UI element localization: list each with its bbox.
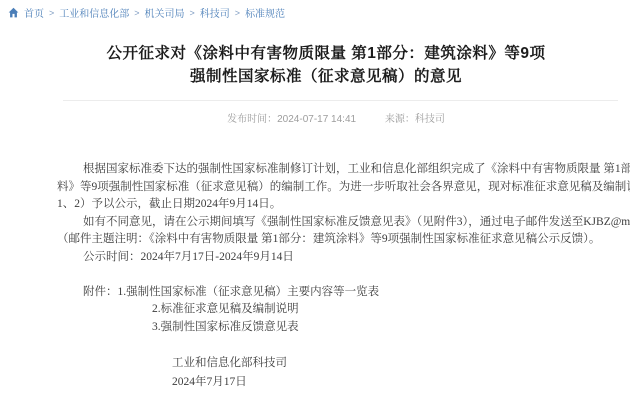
- breadcrumb-item-standards[interactable]: 标准规范: [245, 5, 285, 20]
- attachment-item-2: 2.标准征求意见稿及编制说明: [57, 301, 622, 319]
- home-icon[interactable]: [8, 7, 19, 18]
- breadcrumb-item-home[interactable]: 首页: [24, 5, 44, 20]
- attachment-item-1: 附件：1.强制性国家标准（征求意见稿）主要内容等一览表: [57, 284, 622, 302]
- page-title-line-2: 强制性国家标准（征求意见稿）的意见: [22, 65, 630, 88]
- paragraph-2-line-2: （邮件主题注明：《涂料中有害物质限量 第1部分：建筑涂料》等9项强制性国家标准征…: [57, 231, 622, 249]
- signature-department: 工业和信息化部科技司: [172, 354, 622, 374]
- page-title-line-1: 公开征求对《涂料中有害物质限量 第1部分：建筑涂料》等9项: [22, 42, 630, 65]
- paragraph-2-line-1: 如有不同意见，请在公示期间填写《强制性国家标准反馈意见表》（见附件3），通过电子…: [57, 214, 622, 232]
- article-meta: 发布时间：2024-07-17 14:41 来源：科技司: [0, 110, 630, 125]
- breadcrumb-separator: >: [190, 8, 195, 18]
- paragraph-1-line-2: 料》等9项强制性国家标准（征求意见稿）的编制工作。为进一步听取社会各界意见，现对…: [57, 179, 622, 197]
- page-title: 公开征求对《涂料中有害物质限量 第1部分：建筑涂料》等9项 强制性国家标准（征求…: [0, 42, 630, 88]
- breadcrumb-separator: >: [134, 8, 139, 18]
- breadcrumb-item-miit[interactable]: 工业和信息化部: [59, 5, 129, 20]
- attachment-item-3: 3.强制性国家标准反馈意见表: [57, 319, 622, 337]
- gov-article-page: { "page": { "accent_blue": "#4a7eb8", "b…: [0, 0, 630, 401]
- publish-time: 发布时间：2024-07-17 14:41: [227, 114, 356, 125]
- attachments-list: 附件：1.强制性国家标准（征求意见稿）主要内容等一览表 2.标准征求意见稿及编制…: [57, 284, 622, 337]
- breadcrumb-item-departments[interactable]: 机关司局: [145, 5, 185, 20]
- article-body: 根据国家标准委下达的强制性国家标准制修订计划，工业和信息化部组织完成了《涂料中有…: [57, 161, 622, 393]
- breadcrumb-item-tech-bureau[interactable]: 科技司: [200, 5, 230, 20]
- signature-block: 工业和信息化部科技司 2024年7月17日: [57, 354, 622, 393]
- breadcrumb-separator: >: [235, 8, 240, 18]
- paragraph-1-line-3: 1、2）予以公示，截止日期2024年9月14日。: [57, 196, 622, 214]
- public-notice-period: 公示时间：2024年7月17日-2024年9月14日: [57, 249, 622, 267]
- source: 来源：科技司: [385, 114, 445, 125]
- signature-date: 2024年7月17日: [172, 373, 622, 393]
- breadcrumb: 首页 > 工业和信息化部 > 机关司局 > 科技司 > 标准规范: [8, 5, 285, 20]
- paragraph-1-line-1: 根据国家标准委下达的强制性国家标准制修订计划，工业和信息化部组织完成了《涂料中有…: [57, 161, 622, 179]
- title-divider: [63, 100, 618, 101]
- breadcrumb-separator: >: [49, 8, 54, 18]
